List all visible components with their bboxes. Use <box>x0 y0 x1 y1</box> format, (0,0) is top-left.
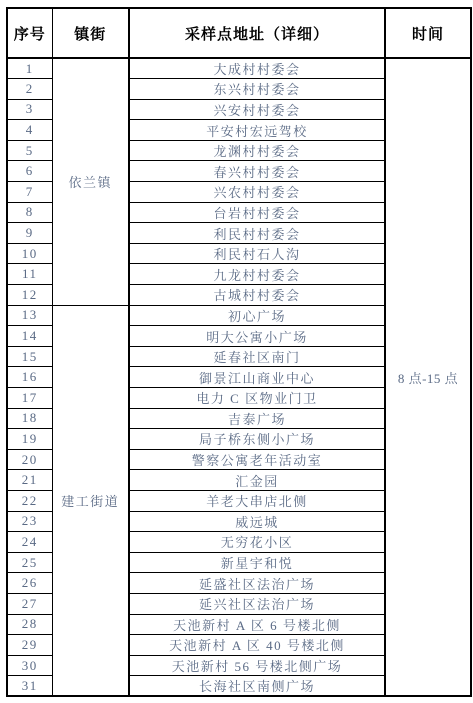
header-serial: 序号 <box>7 8 52 58</box>
serial-cell: 25 <box>7 552 52 573</box>
time-cell: 8 点-15 点 <box>385 58 471 696</box>
header-time: 时间 <box>385 8 471 58</box>
address-cell: 龙渊村村委会 <box>129 140 385 161</box>
serial-cell: 1 <box>7 58 52 79</box>
serial-cell: 7 <box>7 182 52 203</box>
address-cell: 威远城 <box>129 511 385 532</box>
serial-cell: 26 <box>7 573 52 594</box>
town-cell: 依兰镇 <box>52 58 129 305</box>
serial-cell: 6 <box>7 161 52 182</box>
address-cell: 吉泰广场 <box>129 408 385 429</box>
serial-cell: 14 <box>7 326 52 347</box>
serial-cell: 8 <box>7 202 52 223</box>
address-cell: 利民村村委会 <box>129 223 385 244</box>
address-cell: 新星宇和悦 <box>129 552 385 573</box>
address-cell: 警察公寓老年活动室 <box>129 449 385 470</box>
address-cell: 延春社区南门 <box>129 346 385 367</box>
address-cell: 兴安村村委会 <box>129 99 385 120</box>
serial-cell: 12 <box>7 285 52 306</box>
serial-cell: 11 <box>7 264 52 285</box>
address-cell: 台岩村村委会 <box>129 202 385 223</box>
table-row: 1依兰镇大成村村委会8 点-15 点 <box>7 58 471 79</box>
serial-cell: 17 <box>7 388 52 409</box>
address-cell: 延兴社区法治广场 <box>129 593 385 614</box>
header-address: 采样点地址（详细） <box>129 8 385 58</box>
address-cell: 兴农村村委会 <box>129 182 385 203</box>
serial-cell: 24 <box>7 532 52 553</box>
serial-cell: 27 <box>7 593 52 614</box>
serial-cell: 4 <box>7 120 52 141</box>
address-cell: 平安村宏远驾校 <box>129 120 385 141</box>
serial-cell: 16 <box>7 367 52 388</box>
address-cell: 长海社区南侧广场 <box>129 676 385 697</box>
header-row: 序号 镇街 采样点地址（详细） 时间 <box>7 8 471 58</box>
address-cell: 羊老大串店北侧 <box>129 490 385 511</box>
serial-cell: 18 <box>7 408 52 429</box>
page: { "header": { "col_no": "序号", "col_town"… <box>0 0 473 703</box>
address-cell: 无穷花小区 <box>129 532 385 553</box>
sampling-points-table: 序号 镇街 采样点地址（详细） 时间 1依兰镇大成村村委会8 点-15 点2东兴… <box>6 7 472 697</box>
address-cell: 延盛社区法治广场 <box>129 573 385 594</box>
address-cell: 东兴村村委会 <box>129 79 385 100</box>
address-cell: 利民村石人沟 <box>129 243 385 264</box>
address-cell: 汇金园 <box>129 470 385 491</box>
serial-cell: 28 <box>7 614 52 635</box>
serial-cell: 21 <box>7 470 52 491</box>
address-cell: 初心广场 <box>129 305 385 326</box>
address-cell: 九龙村村委会 <box>129 264 385 285</box>
address-cell: 天池新村 A 区 6 号楼北侧 <box>129 614 385 635</box>
address-cell: 天池新村 A 区 40 号楼北侧 <box>129 635 385 656</box>
header-town: 镇街 <box>52 8 129 58</box>
address-cell: 天池新村 56 号楼北侧广场 <box>129 655 385 676</box>
address-cell: 古城村村委会 <box>129 285 385 306</box>
address-cell: 大成村村委会 <box>129 58 385 79</box>
serial-cell: 20 <box>7 449 52 470</box>
serial-cell: 10 <box>7 243 52 264</box>
serial-cell: 5 <box>7 140 52 161</box>
serial-cell: 22 <box>7 490 52 511</box>
address-cell: 春兴村村委会 <box>129 161 385 182</box>
serial-cell: 19 <box>7 429 52 450</box>
serial-cell: 23 <box>7 511 52 532</box>
serial-cell: 3 <box>7 99 52 120</box>
serial-cell: 31 <box>7 676 52 697</box>
serial-cell: 15 <box>7 346 52 367</box>
address-cell: 局子桥东侧小广场 <box>129 429 385 450</box>
address-cell: 电力 C 区物业门卫 <box>129 388 385 409</box>
serial-cell: 13 <box>7 305 52 326</box>
town-cell: 建工街道 <box>52 305 129 696</box>
address-cell: 明大公寓小广场 <box>129 326 385 347</box>
serial-cell: 2 <box>7 79 52 100</box>
address-cell: 御景江山商业中心 <box>129 367 385 388</box>
serial-cell: 9 <box>7 223 52 244</box>
serial-cell: 29 <box>7 635 52 656</box>
serial-cell: 30 <box>7 655 52 676</box>
